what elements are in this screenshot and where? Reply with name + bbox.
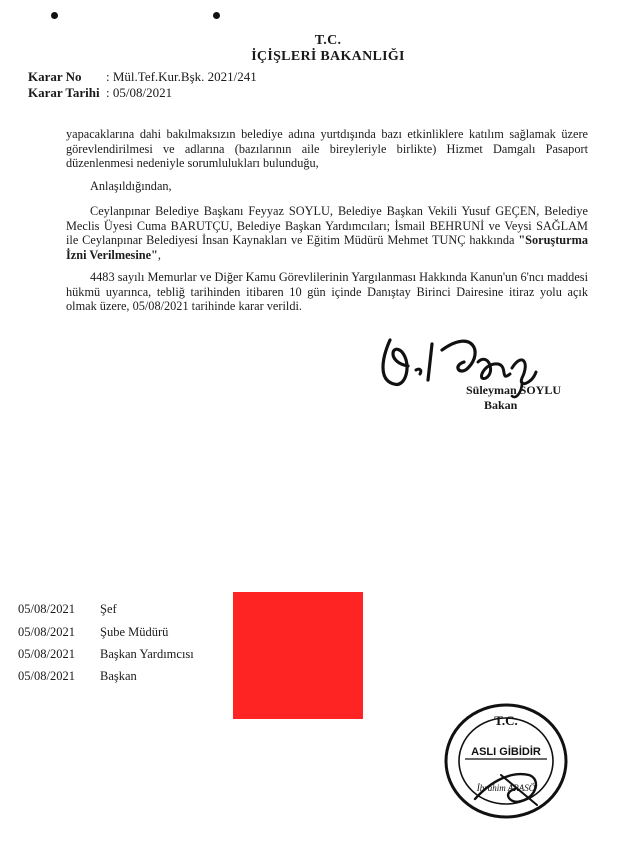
stamp-top-text: T.C. [494, 713, 518, 728]
paragraph-3: Ceylanpınar Belediye Başkanı Feyyaz SOYL… [66, 204, 588, 262]
approval-role: Şube Müdürü [100, 625, 168, 640]
paragraph-3-text: Ceylanpınar Belediye Başkanı Feyyaz SOYL… [66, 204, 588, 247]
redaction-block [233, 592, 363, 719]
approval-row: 05/08/2021 Başkan [18, 669, 137, 684]
approval-date: 05/08/2021 [18, 669, 100, 684]
karar-no-label: Karar No [28, 69, 82, 85]
approval-date: 05/08/2021 [18, 647, 100, 662]
approval-date: 05/08/2021 [18, 602, 100, 617]
approval-role: Başkan Yardımcısı [100, 647, 194, 662]
punch-hole-right [213, 12, 220, 19]
karar-no-value: : Mül.Tef.Kur.Bşk. 2021/241 [106, 69, 257, 85]
signatory-title: Bakan [484, 398, 517, 413]
signatory-name: Süleyman SOYLU [466, 383, 561, 398]
karar-tarihi-label: Karar Tarihi [28, 85, 100, 101]
approval-role: Şef [100, 602, 117, 617]
approval-date: 05/08/2021 [18, 625, 100, 640]
header-tc: T.C. [18, 33, 620, 49]
paragraph-4: 4483 sayılı Memurlar ve Diğer Kamu Görev… [66, 270, 588, 314]
paragraph-2: Anlaşıldığından, [66, 179, 588, 194]
header-ministry: İÇİŞLERİ BAKANLIĞI [18, 49, 620, 65]
certified-copy-stamp: T.C. ASLI GİBİDİR İbrahim ARASÖ [441, 701, 572, 821]
punch-hole-left [51, 12, 58, 19]
karar-tarihi-value: : 05/08/2021 [106, 85, 172, 101]
paragraph-3-end: , [158, 248, 161, 262]
stamp-middle-text: ASLI GİBİDİR [471, 745, 541, 758]
approval-role: Başkan [100, 669, 137, 684]
paragraph-1: yapacaklarına dahi bakılmaksızın belediy… [66, 127, 588, 171]
approval-row: 05/08/2021 Başkan Yardımcısı [18, 647, 194, 662]
approval-row: 05/08/2021 Şube Müdürü [18, 625, 168, 640]
approval-row: 05/08/2021 Şef [18, 602, 117, 617]
